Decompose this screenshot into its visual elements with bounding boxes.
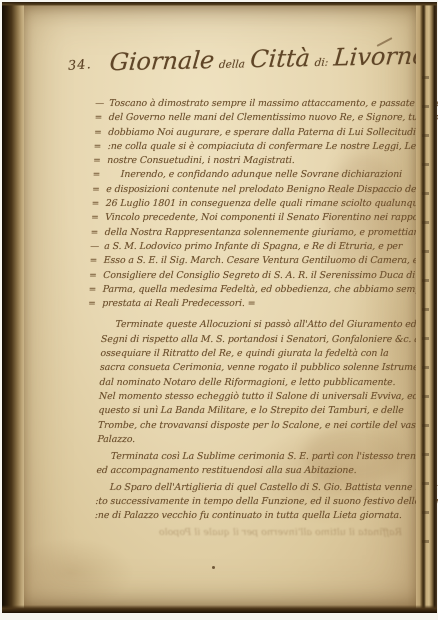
manuscript-line: Nel momento stesso echeggiò tutto il Sal… <box>75 390 419 404</box>
margin-mark: = <box>92 183 104 197</box>
title-part: Livorno <box>333 42 429 72</box>
line-text: :to successivamente in tempo della Funzi… <box>95 495 438 509</box>
title-part: della <box>218 58 245 71</box>
title-part: Giornale <box>109 46 216 76</box>
margin-mark: = <box>92 168 104 182</box>
margin-mark: = <box>89 269 101 283</box>
manuscript-line: questo si unì La Banda Militare, e lo St… <box>74 404 418 418</box>
margin-mark: = <box>93 154 105 168</box>
manuscript-line: sacra consueta Cerimonia, venne rogato i… <box>76 361 420 375</box>
line-text: nostre Consuetudini, i nostri Magistrati… <box>107 154 295 168</box>
page-number: 34. <box>68 57 93 74</box>
manuscript-line: :to successivamente in tempo della Funzi… <box>71 495 415 509</box>
bleedthrough-text: Raffinata il ultimo all'inverno per il q… <box>102 527 403 538</box>
margin-mark: = <box>90 226 102 240</box>
title-part: Città <box>249 44 311 73</box>
margin-mark: = <box>94 111 106 125</box>
manuscript-line: =Parma, quella medesima Fedeltà, ed obbe… <box>78 283 422 297</box>
line-text: dal nominato Notaro delle Riformagioni, … <box>99 376 395 390</box>
margin-mark: = <box>93 140 105 154</box>
manuscript-line: =dobbiamo Noi augurare, e sperare dalla … <box>84 126 428 140</box>
line-text: :ne di Palazzo vecchio fu continuato in … <box>95 509 402 523</box>
page-title: GiornaledellaCittàdi:Livorno <box>109 42 422 76</box>
line-text: Toscano à dimostrato sempre il massimo a… <box>109 97 438 111</box>
line-text: Lo Sparo dell'Artiglieria di quel Castel… <box>110 481 438 495</box>
line-text: Parma, quella medesima Fedeltà, ed obbed… <box>102 283 431 297</box>
line-text: Segni di rispetto alla M. S. portandosi … <box>101 333 426 347</box>
book-bottom-edge <box>2 605 437 613</box>
paragraph: Lo Sparo dell'Artiglieria di quel Castel… <box>71 481 416 524</box>
margin-mark: = <box>88 283 100 297</box>
margin-mark: = <box>88 297 100 311</box>
margin-mark: — <box>95 97 107 111</box>
line-text: ossequiare il Ritratto del Re, e quindi … <box>100 347 389 361</box>
manuscript-line: :ne di Palazzo vecchio fu continuato in … <box>71 509 415 523</box>
manuscript-line: Terminate queste Allocuzioni si passò al… <box>77 318 421 332</box>
line-text: del Governo nelle mani del Clementissimo… <box>108 111 438 125</box>
margin-mark: = <box>91 211 103 225</box>
showthrough-smudge <box>324 155 404 285</box>
margin-mark: = <box>91 197 103 211</box>
line-text: prestata ai Reali Predecessori. = <box>102 297 256 311</box>
manuscript-line: =:ne colla quale si è compiaciuta di con… <box>83 140 427 154</box>
manuscript-line: =prestata ai Reali Predecessori. = <box>78 297 422 311</box>
line-text: Terminate queste Allocuzioni si passò al… <box>115 318 428 332</box>
paragraph: —Toscano à dimostrato sempre il massimo … <box>83 97 429 168</box>
manuscript-line: dal nominato Notaro delle Riformagioni, … <box>75 376 419 390</box>
manuscript-scan: 34. GiornaledellaCittàdi:Livorno —Toscan… <box>0 0 438 620</box>
title-part: di: <box>314 57 329 69</box>
manuscript-line: ossequiare il Ritratto del Re, e quindi … <box>76 347 420 361</box>
line-text: :ne colla quale si è compiaciuta di conf… <box>107 140 416 154</box>
line-text: questo si unì La Banda Militare, e lo St… <box>98 404 404 418</box>
line-text: Palazzo. <box>97 433 135 447</box>
margin-mark: = <box>94 126 106 140</box>
ink-dot <box>212 566 215 569</box>
edge-bleed-dashes <box>422 57 429 543</box>
manuscript-line: Segni di rispetto alla M. S. portandosi … <box>77 333 421 347</box>
manuscript-line: —Toscano à dimostrato sempre il massimo … <box>85 97 429 111</box>
manuscript-page: 34. GiornaledellaCittàdi:Livorno —Toscan… <box>24 5 416 609</box>
line-text: sacra consueta Cerimonia, venne rogato i… <box>100 361 434 375</box>
book-binding-gutter <box>2 2 26 613</box>
book-top-edge <box>2 2 437 6</box>
manuscript-line: =del Governo nelle mani del Clementissim… <box>84 111 428 125</box>
line-text: dobbiamo Noi augurare, e sperare dalla P… <box>108 126 419 140</box>
book: 34. GiornaledellaCittàdi:Livorno —Toscan… <box>2 2 437 613</box>
margin-mark: = <box>89 254 101 268</box>
showthrough-smudge <box>304 425 404 485</box>
margin-mark: — <box>90 240 102 254</box>
line-text: Nel momento stesso echeggiò tutto il Sal… <box>99 390 427 404</box>
